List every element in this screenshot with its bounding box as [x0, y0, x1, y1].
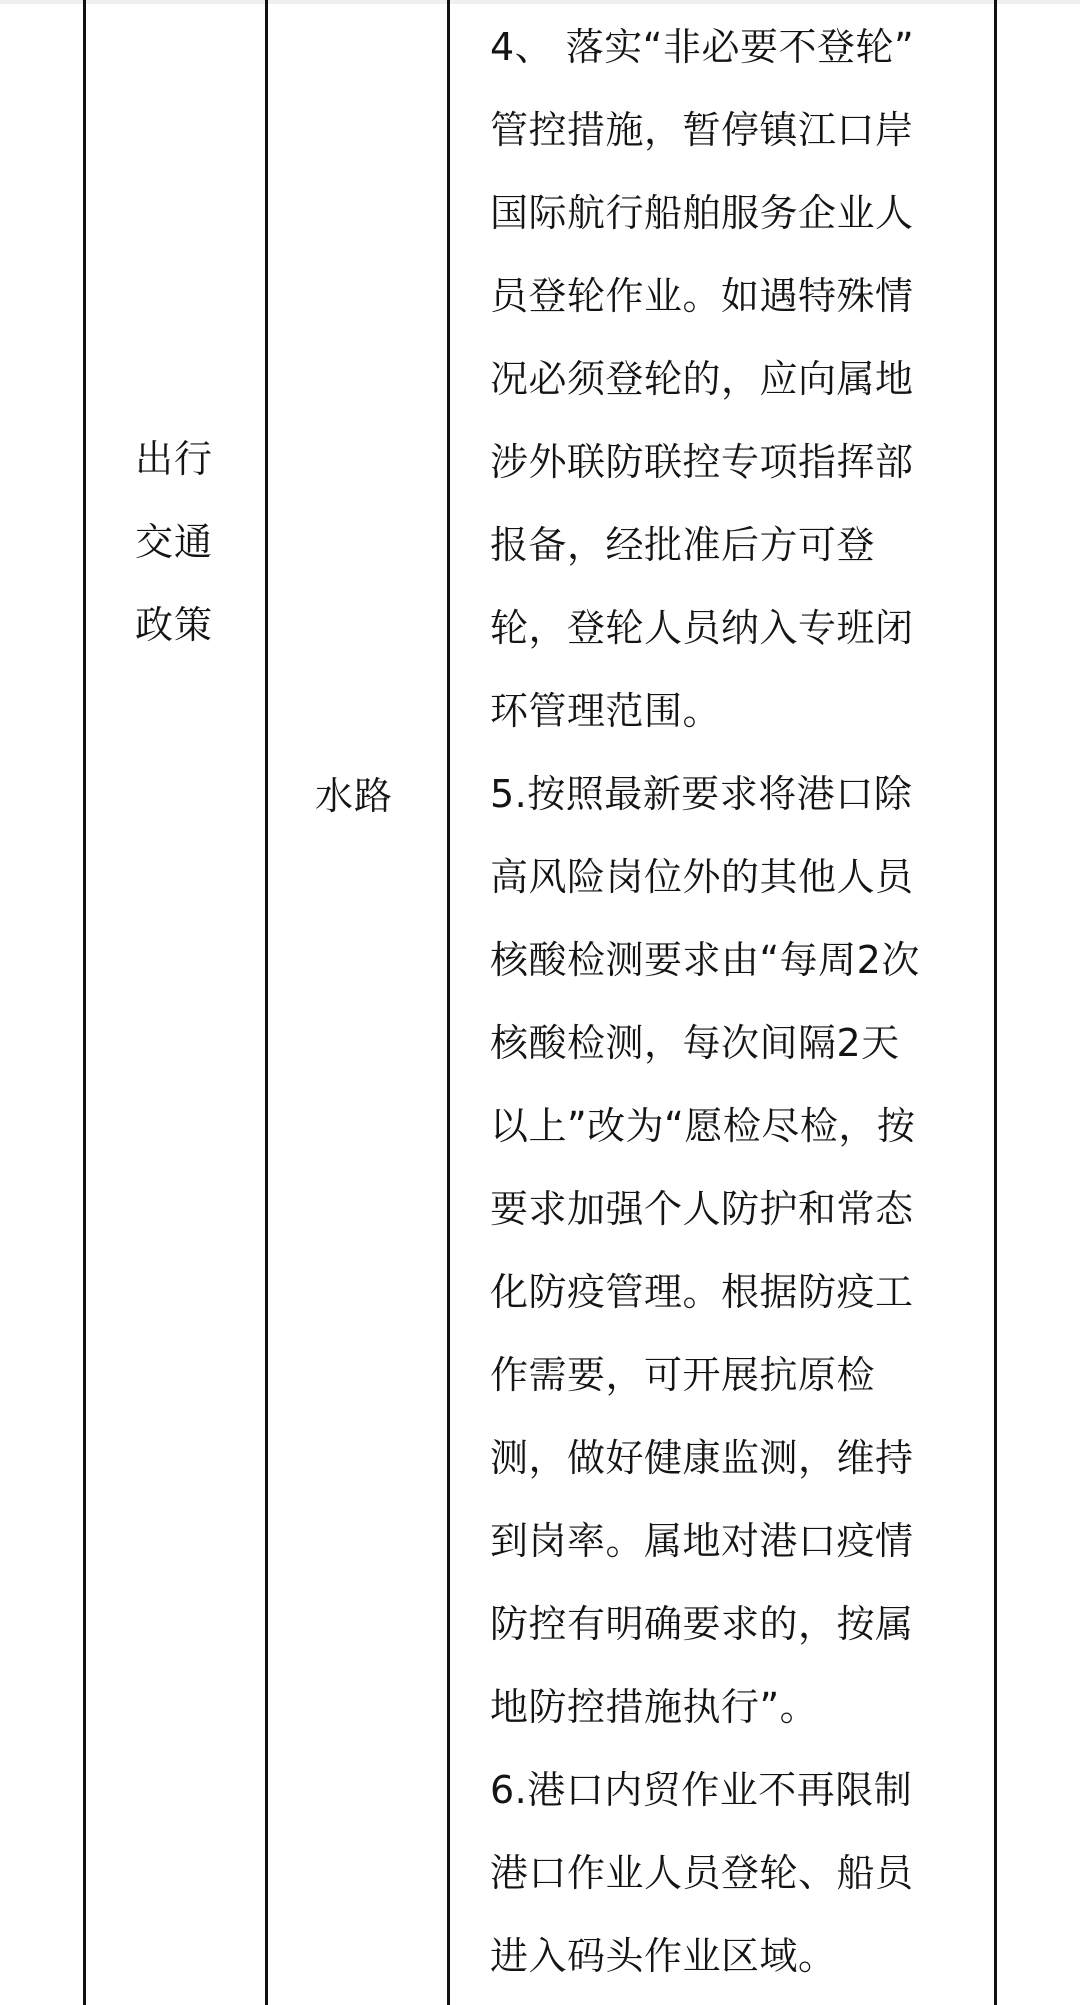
content-line: 作需要，可开展抗原检 [490, 1334, 990, 1417]
top-edge-shade [0, 0, 1080, 4]
subcategory-cell: 水路 [315, 755, 393, 838]
content-line: 核酸检测，每次间隔2天 [490, 1002, 990, 1085]
content-line: 高风险岗位外的其他人员 [490, 836, 990, 919]
category-line: 政策 [135, 584, 213, 667]
content-line: 国际航行船舶服务企业人 [490, 172, 990, 255]
table-border-right [994, 0, 997, 2005]
category-line: 出行 [135, 418, 213, 501]
category-line: 交通 [135, 501, 213, 584]
content-line: 到岗率。属地对港口疫情 [490, 1500, 990, 1583]
content-line: 港口作业人员登轮、船员 [490, 1832, 990, 1915]
policy-content-cell: 4、 落实“非必要不登轮” 管控措施，暂停镇江口岸 国际航行船舶服务企业人 员登… [490, 6, 990, 1998]
content-line: 化防疫管理。根据防疫工 [490, 1251, 990, 1334]
content-line: 况必须登轮的，应向属地 [490, 338, 990, 421]
table-border-col1 [265, 0, 268, 2005]
content-line: 进入码头作业区域。 [490, 1915, 990, 1998]
content-line: 4、 落实“非必要不登轮” [490, 6, 990, 89]
subcategory-label: 水路 [315, 755, 393, 838]
content-line: 要求加强个人防护和常态 [490, 1168, 990, 1251]
content-line: 环管理范围。 [490, 670, 990, 753]
content-line: 核酸检测要求由“每周2次 [490, 919, 990, 1002]
content-line: 5.按照最新要求将港口除 [490, 753, 990, 836]
content-line: 防控有明确要求的，按属 [490, 1583, 990, 1666]
content-line: 涉外联防联控专项指挥部 [490, 421, 990, 504]
content-line: 测，做好健康监测，维持 [490, 1417, 990, 1500]
category-cell: 出行 交通 政策 [135, 418, 213, 667]
table-border-left [83, 0, 86, 2005]
content-line: 员登轮作业。如遇特殊情 [490, 255, 990, 338]
content-line: 6.港口内贸作业不再限制 [490, 1749, 990, 1832]
content-line: 报备，经批准后方可登 [490, 504, 990, 587]
content-line: 管控措施，暂停镇江口岸 [490, 89, 990, 172]
content-line: 轮，登轮人员纳入专班闭 [490, 587, 990, 670]
table-border-col2 [447, 0, 450, 2005]
content-line: 以上”改为“愿检尽检，按 [490, 1085, 990, 1168]
content-line: 地防控措施执行”。 [490, 1666, 990, 1749]
